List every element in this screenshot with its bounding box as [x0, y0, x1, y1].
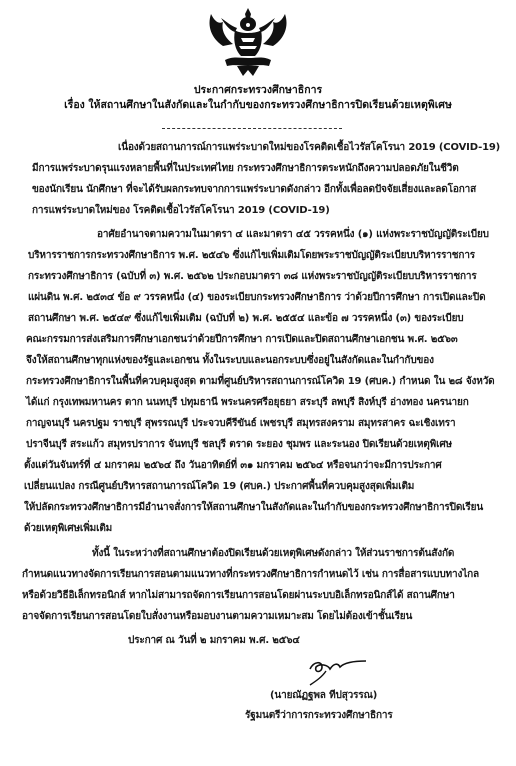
paragraph-2-line-11: ปราจีนบุรี สระแก้ว สมุทรปราการ จันทบุรี … — [26, 438, 452, 452]
heading-divider — [162, 128, 342, 129]
paragraph-2-line-5: สถานศึกษา พ.ศ. ๒๕๔๙ ซึ่งแก้ไขเพิ่มเติม (… — [28, 312, 463, 326]
paragraph-3-line-4: อาจจัดการเรียนการสอนโดยใบสั่งงานหรือมอบง… — [22, 610, 412, 624]
paragraph-2-line-13: เปลี่ยนแปลง กรณีศูนย์บริหารสถานการณ์โควิ… — [24, 480, 414, 494]
signature-mark-icon — [300, 655, 370, 687]
document-subject: เรื่อง ให้สถานศึกษาในสังกัดและในกำกับของ… — [0, 96, 516, 113]
garuda-emblem-icon — [203, 4, 293, 78]
announcement-date: ประกาศ ณ วันที่ ๒ มกราคม พ.ศ. ๒๕๖๔ — [128, 634, 300, 648]
paragraph-2-line-7: จึงให้สถานศึกษาทุกแห่งของรัฐและเอกชน ทั้… — [26, 354, 434, 368]
paragraph-2-line-9: ได้แก่ กรุงเทพมหานคร ตาก นนทบุรี ปทุมธาน… — [26, 396, 469, 410]
paragraph-2-line-12: ตั้งแต่วันจันทร์ที่ ๔ มกราคม ๒๕๖๔ ถึง วั… — [24, 459, 442, 473]
paragraph-2-line-14: ให้ปลัดกระทรวงศึกษาธิการมีอำนาจสั่งการให… — [24, 501, 483, 515]
signatory-name: (นายณัฏฐพล ทีปสุวรรณ) — [270, 689, 377, 703]
paragraph-2-line-4: แผ่นดิน พ.ศ. ๒๕๓๔ ข้อ ๙ วรรคหนึ่ง (๔) ขอ… — [28, 291, 485, 305]
paragraph-3-line-1: ทั้งนี้ ในระหว่างที่สถานศึกษาต้องปิดเรีย… — [92, 547, 454, 561]
paragraph-2-line-2: บริหารราชการกระทรวงศึกษาธิการ พ.ศ. ๒๕๔๖ … — [28, 249, 475, 263]
signatory-position: รัฐมนตรีว่าการกระทรวงศึกษาธิการ — [245, 709, 393, 723]
paragraph-2-line-6: คณะกรรมการส่งเสริมการศึกษาเอกชนว่าด้วยปี… — [26, 333, 458, 347]
paragraph-1-line-3: ของนักเรียน นักศึกษา ที่จะได้รับผลกระทบจ… — [32, 183, 476, 197]
paragraph-1-line-4: การแพร่ระบาดใหม่ของ โรคติดเชื้อไวรัสโคโร… — [32, 204, 330, 218]
paragraph-2-line-15: ด้วยเหตุพิเศษเพิ่มเติม — [24, 522, 112, 536]
paragraph-2-line-3: กระทรวงศึกษาธิการ (ฉบับที่ ๓) พ.ศ. ๒๕๖๒ … — [28, 270, 477, 284]
paragraph-2-line-8: กระทรวงศึกษาธิการในพื้นที่ควบคุมสูงสุด ต… — [26, 375, 495, 389]
paragraph-1-line-2: มีการแพร่ระบาดรุนแรงหลายพื้นที่ในประเทศไ… — [32, 162, 459, 176]
paragraph-3-line-2: กำหนดแนวทางจัดการเรียนการสอนตามแนวทางที่… — [22, 568, 479, 582]
paragraph-1-line-1: เนื่องด้วยสถานการณ์การแพร่ระบาดใหม่ของโร… — [118, 141, 500, 155]
paragraph-2-line-1: อาศัยอำนาจตามความในมาตรา ๔ และมาตรา ๔๕ ว… — [97, 228, 489, 242]
paragraph-2-line-10: กาญจนบุรี นครปฐม ราชบุรี สุพรรณบุรี ประจ… — [26, 417, 455, 431]
announcement-document: ประกาศกระทรวงศึกษาธิการ เรื่อง ให้สถานศึ… — [0, 0, 516, 766]
paragraph-3-line-3: หรือด้วยวิธีอิเล็กทรอนิกส์ หากไม่สามารถจ… — [22, 589, 455, 603]
